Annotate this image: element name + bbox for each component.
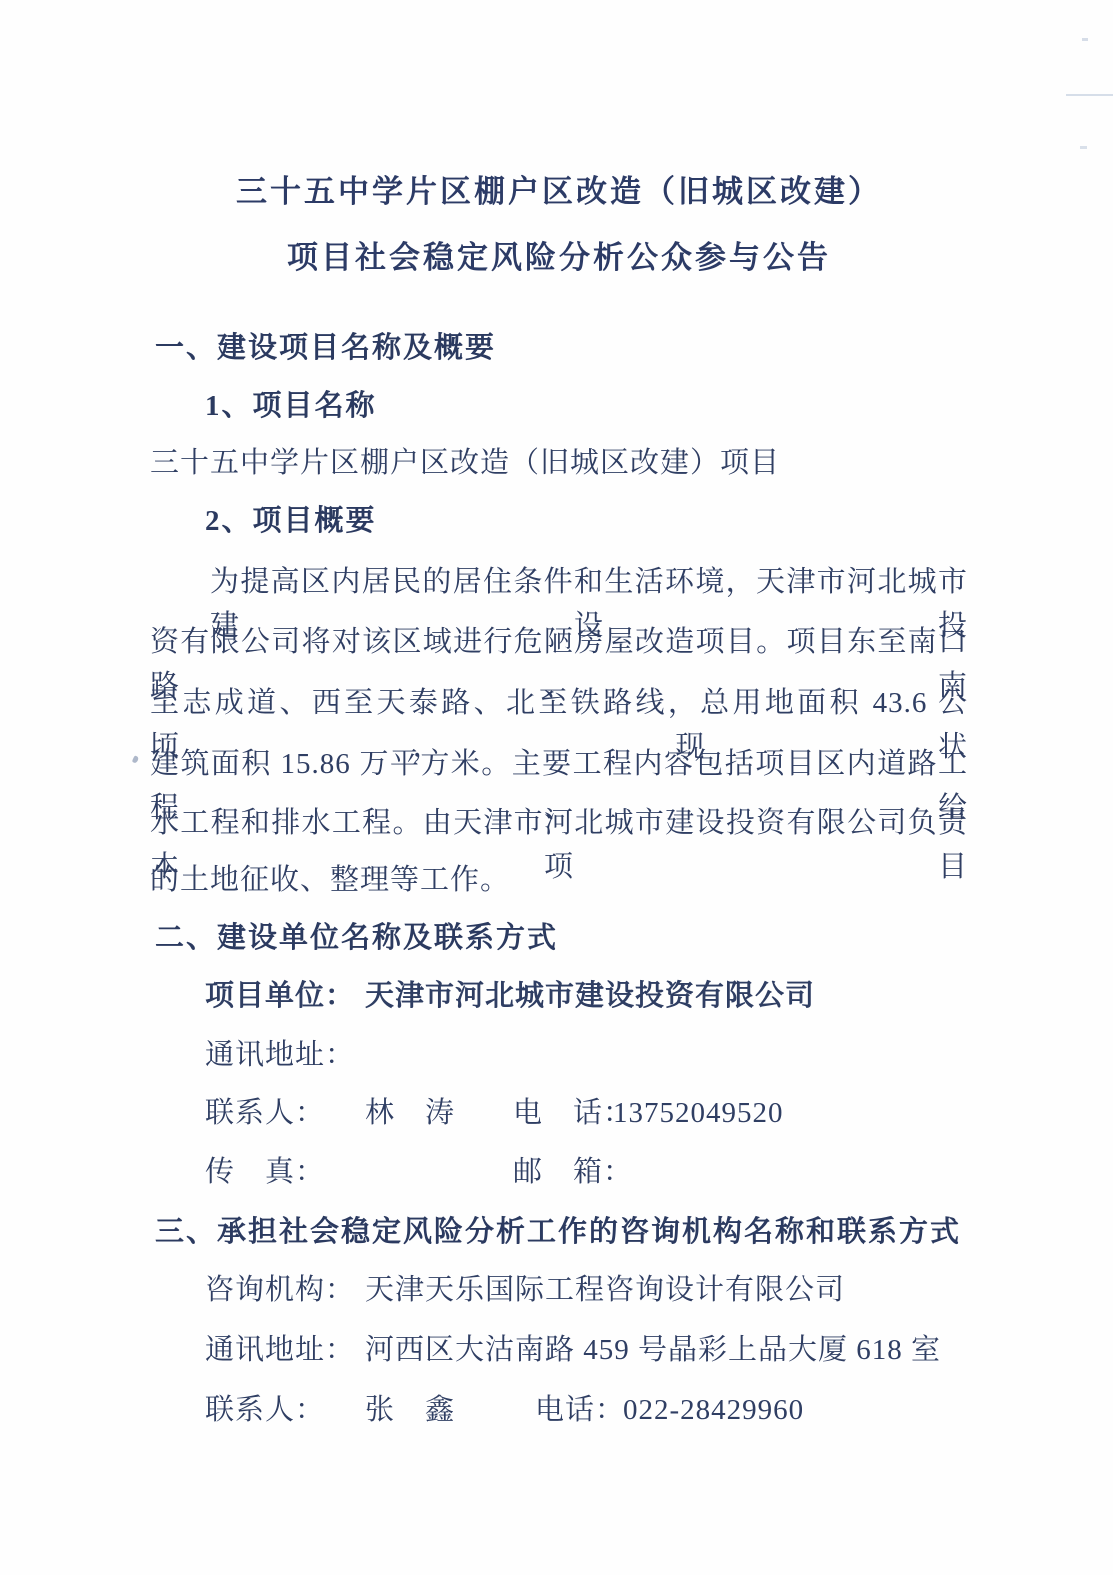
scan-artifact-speck: [1080, 146, 1087, 149]
section-3-heading: 三、承担社会稳定风险分析工作的咨询机构名称和联系方式: [155, 1210, 973, 1254]
doc-title-line-2: 项目社会稳定风险分析公众参与公告: [150, 236, 968, 280]
summary-paragraph-line: 的土地征收、整理等工作。: [150, 858, 968, 902]
project-unit-label: 项目单位：: [205, 974, 355, 1018]
unit-fax-label: 传 真：: [205, 1150, 325, 1194]
unit-contact-label: 联系人：: [205, 1091, 325, 1135]
unit-contact-name: 林 涛: [365, 1091, 455, 1135]
section-2-heading: 二、建设单位名称及联系方式: [155, 916, 973, 960]
unit-phone-value: 13752049520: [613, 1091, 784, 1135]
consultant-contact-name: 张 鑫: [365, 1388, 455, 1432]
section-1-heading: 一、建设项目名称及概要: [155, 326, 973, 370]
consultant-address-label: 通讯地址：: [205, 1328, 355, 1372]
project-name-line: 三十五中学片区棚户区改造（旧城区改建）项目: [150, 441, 968, 485]
unit-email-label: 邮 箱：: [513, 1150, 633, 1194]
scan-artifact-left-margin-dot: [132, 755, 139, 763]
scan-artifact-speck: [1082, 38, 1088, 41]
project-unit-value: 天津市河北城市建设投资有限公司: [365, 974, 815, 1018]
unit-address-label: 通讯地址：: [205, 1033, 355, 1077]
consultant-contact-label: 联系人：: [205, 1388, 325, 1432]
section-1-subheading-2: 2、项目概要: [205, 499, 1023, 543]
scan-artifact-top-right-line: [1066, 94, 1113, 96]
consultant-phone-value: 022-28429960: [623, 1388, 804, 1432]
doc-title-line-1: 三十五中学片区棚户区改造（旧城区改建）: [150, 170, 968, 214]
consultant-org-value: 天津天乐国际工程咨询设计有限公司: [365, 1268, 845, 1312]
consultant-org-label: 咨询机构：: [205, 1268, 355, 1312]
document-page: 三十五中学片区棚户区改造（旧城区改建） 项目社会稳定风险分析公众参与公告 一、建…: [0, 0, 1113, 1575]
consultant-phone-label: 电话：: [535, 1388, 625, 1432]
consultant-address-value: 河西区大沽南路 459 号晶彩上品大厦 618 室: [365, 1328, 941, 1372]
section-1-subheading-1: 1、项目名称: [205, 384, 1023, 428]
